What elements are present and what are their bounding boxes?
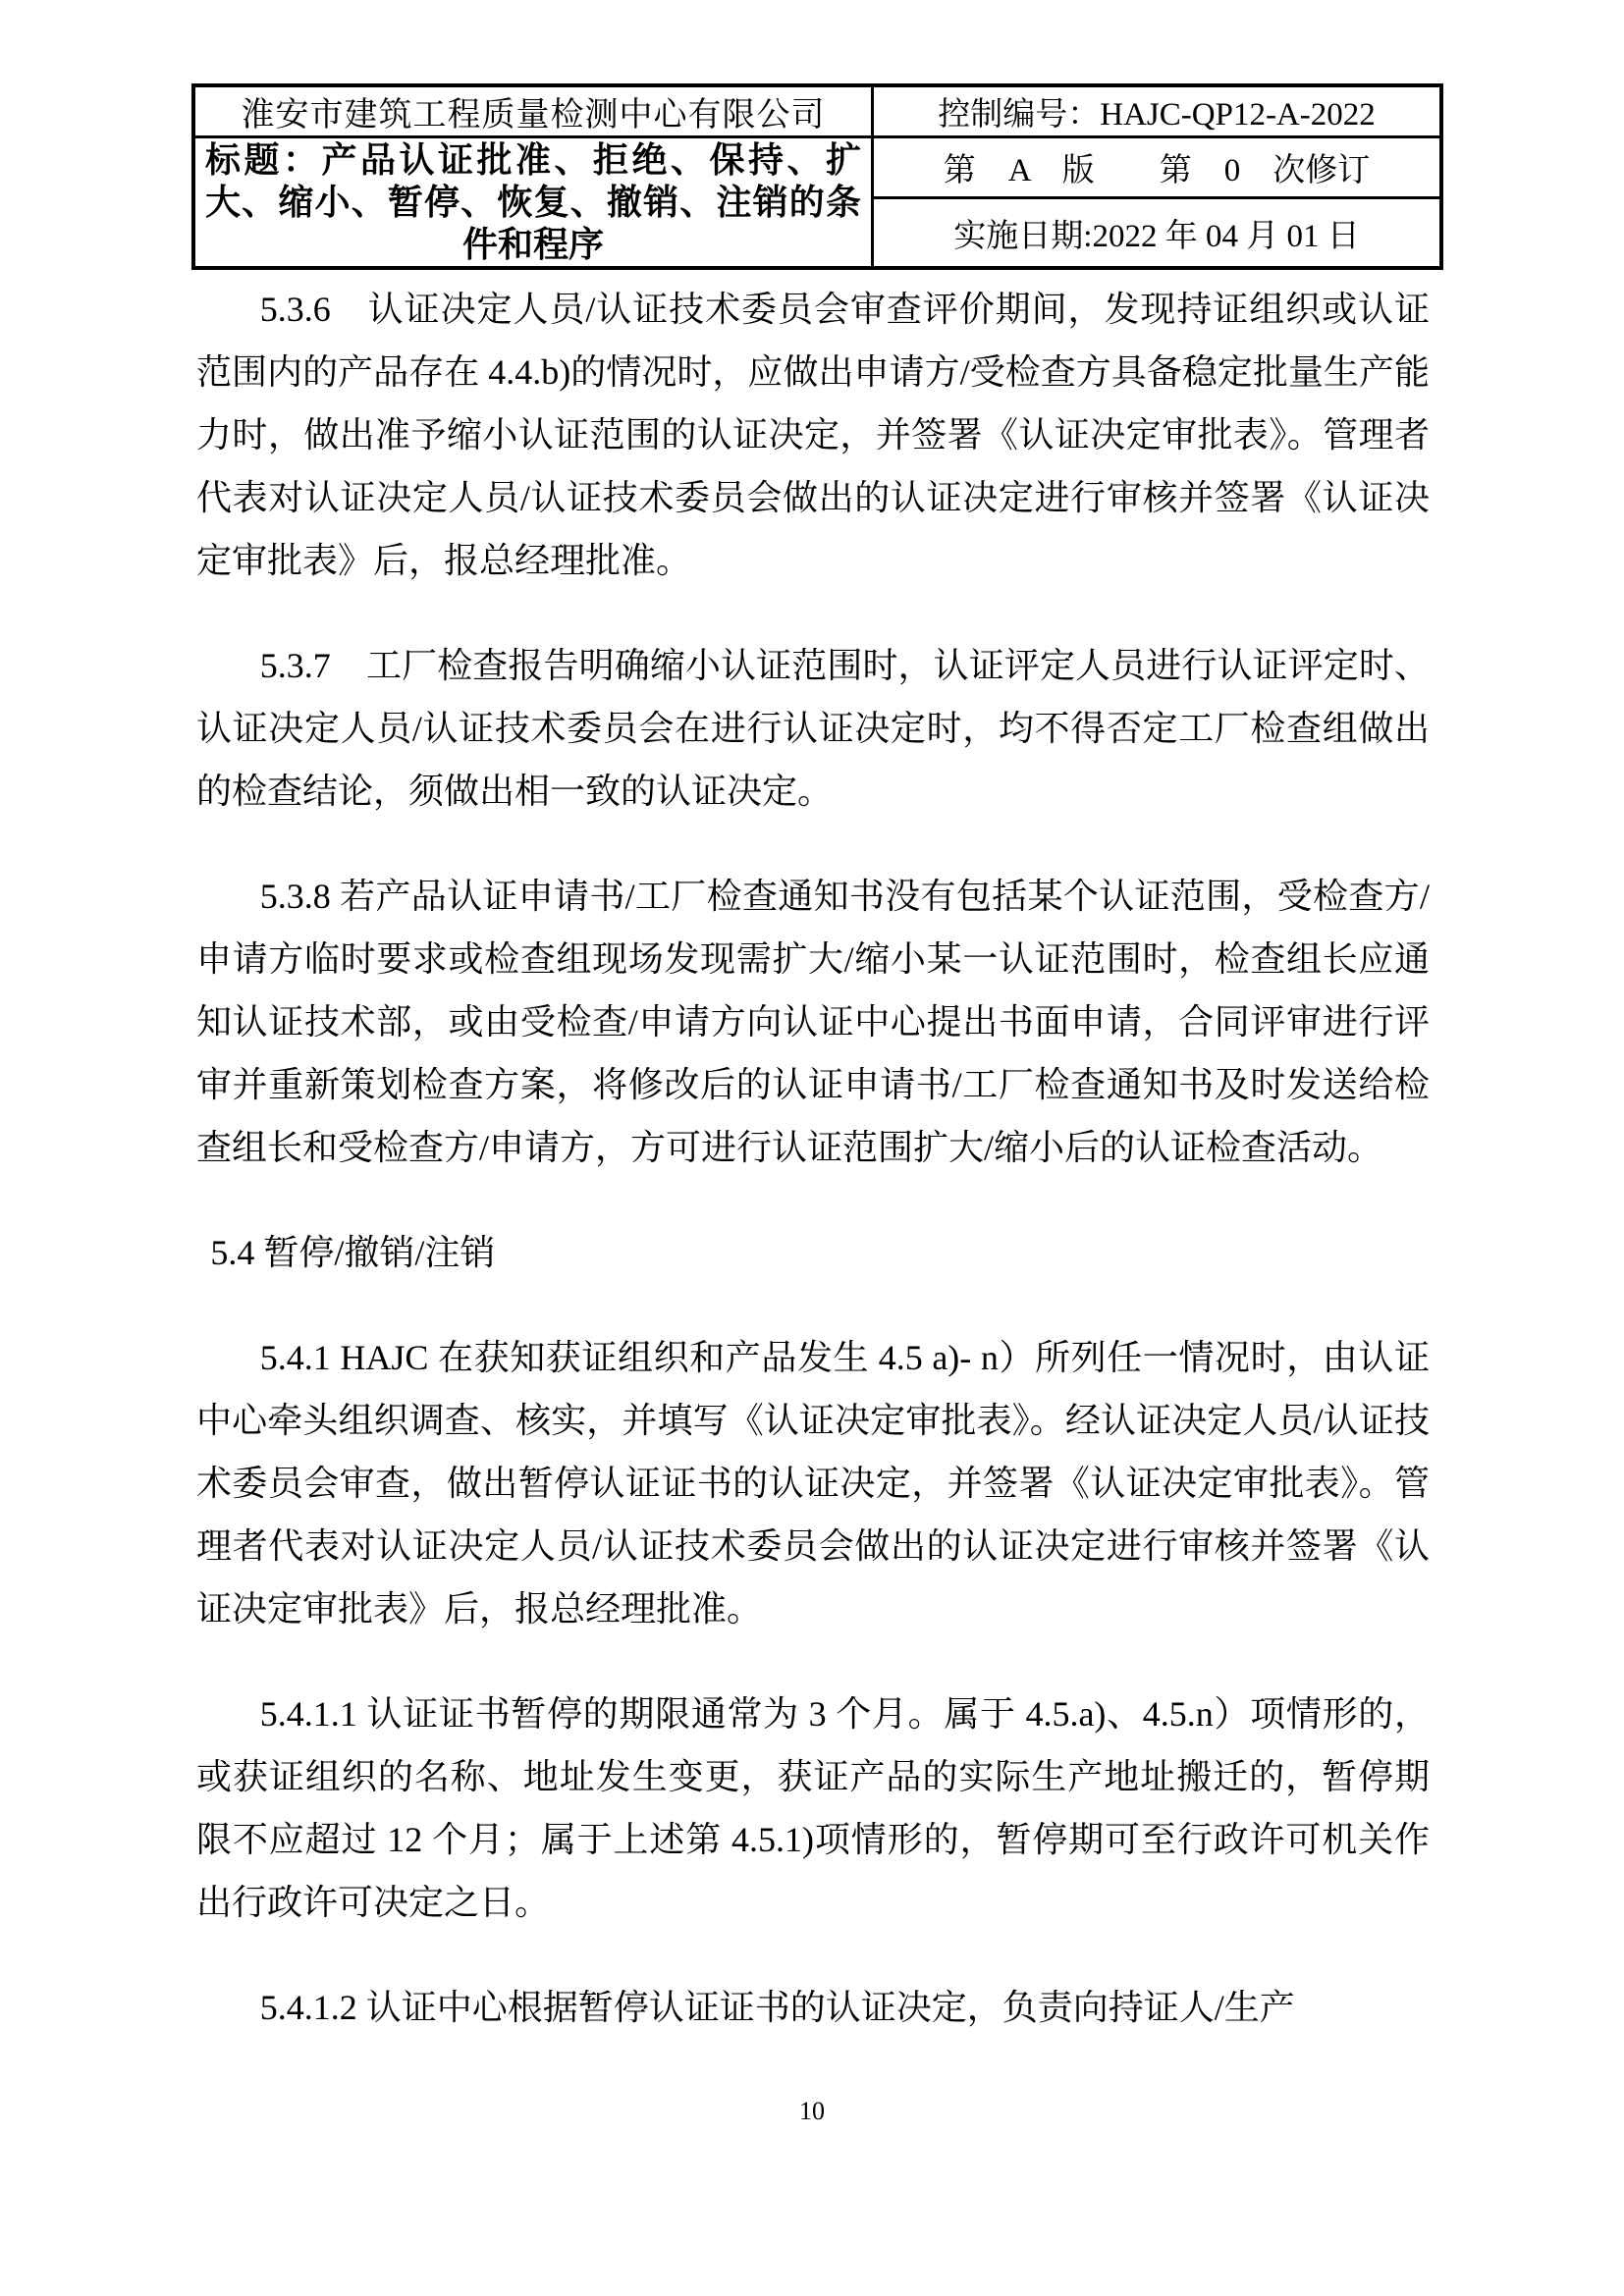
paragraph-5-3-7: 5.3.7 工厂检查报告明确缩小认证范围时，认证评定人员进行认证评定时、认证决定… [196,634,1430,823]
section-heading-5-4: 5.4 暂停/撤销/注销 [196,1221,1430,1284]
document-header-table: 淮安市建筑工程质量检测中心有限公司 控制编号：HAJC-QP12-A-2022 … [191,83,1443,270]
implementation-date-cell: 实施日期:2022 年 04 月 01 日 [873,198,1442,268]
paragraph-5-3-6: 5.3.6 认证决定人员/认证技术委员会审查评价期间，发现持证组织或认证范围内的… [196,278,1430,592]
paragraph-5-4-1-1: 5.4.1.1 认证证书暂停的期限通常为 3 个月。属于 4.5.a)、4.5.… [196,1682,1430,1934]
control-number-cell: 控制编号：HAJC-QP12-A-2022 [873,85,1442,137]
company-name-cell: 淮安市建筑工程质量检测中心有限公司 [193,85,873,137]
header-row-2: 标题：产品认证批准、拒绝、保持、扩大、缩小、暂停、恢复、撤销、注销的条件和程序 … [193,137,1441,198]
document-body: 5.3.6 认证决定人员/认证技术委员会审查评价期间，发现持证组织或认证范围内的… [196,278,1430,2081]
document-title-cell: 标题：产品认证批准、拒绝、保持、扩大、缩小、暂停、恢复、撤销、注销的条件和程序 [193,137,873,269]
document-page: 淮安市建筑工程质量检测中心有限公司 控制编号：HAJC-QP12-A-2022 … [0,0,1624,2296]
version-cell: 第 A 版 第 0 次修订 [873,137,1442,198]
paragraph-5-3-8: 5.3.8 若产品认证申请书/工厂检查通知书没有包括某个认证范围，受检查方/申请… [196,865,1430,1179]
paragraph-5-4-1: 5.4.1 HAJC 在获知获证组织和产品发生 4.5 a)- n）所列任一情况… [196,1326,1430,1640]
header-row-1: 淮安市建筑工程质量检测中心有限公司 控制编号：HAJC-QP12-A-2022 [193,85,1441,137]
page-number: 10 [0,2097,1624,2126]
paragraph-5-4-1-2: 5.4.1.2 认证中心根据暂停认证证书的认证决定，负责向持证人/生产 [196,1976,1430,2039]
